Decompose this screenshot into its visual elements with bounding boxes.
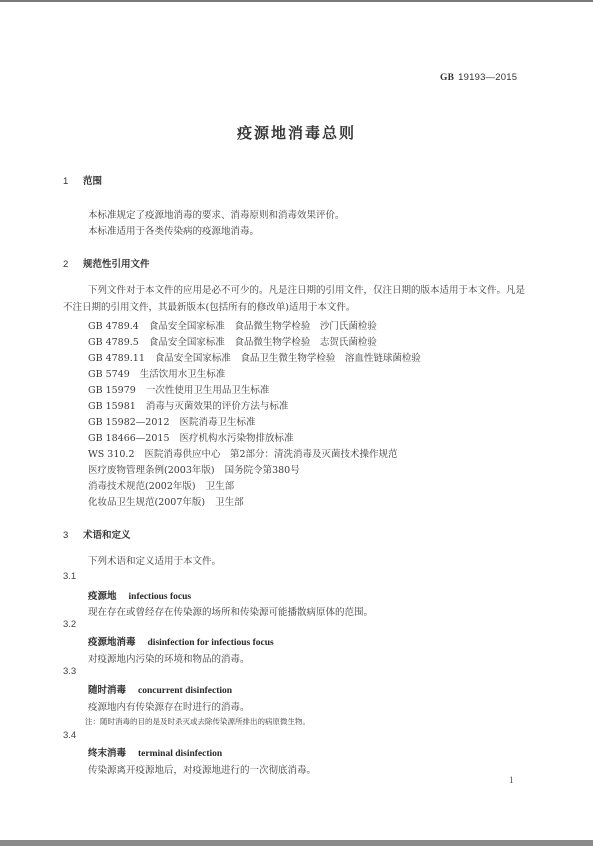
reference-item: GB 18466—2015医疗机构水污染物排放标准 [88, 430, 294, 444]
term-number: 3.3 [63, 666, 76, 677]
section-number: 1 [63, 176, 83, 187]
section-title: 术语和定义 [83, 530, 131, 541]
section-title: 范围 [83, 176, 102, 187]
term-zh: 终末消毒 [88, 748, 126, 759]
reference-code: WS 310.2 [88, 449, 135, 460]
standard-number: 19193—2015 [458, 72, 517, 83]
section-1-heading: 1范围 [63, 173, 102, 187]
reference-item: 医疗废物管理条例(2003年版)国务院令第380号 [88, 462, 300, 476]
reference-title: 医疗机构水污染物排放标准 [180, 433, 294, 444]
term-definition: 对疫源地内污染的环境和物品的消毒。 [88, 651, 250, 665]
scan-top-border [0, 0, 593, 2]
document-title: 疫源地消毒总则 [0, 122, 593, 143]
reference-code: 医疗废物管理条例(2003年版) [88, 462, 215, 476]
reference-code: 化妆品卫生规范(2007年版) [88, 494, 205, 508]
term-zh: 疫源地 [88, 591, 117, 602]
reference-item: GB 15979一次性使用卫生用品卫生标准 [88, 382, 269, 396]
term-heading: 终末消毒terminal disinfection [88, 745, 222, 759]
term-heading: 随时消毒concurrent disinfection [88, 682, 232, 696]
reference-title: 食品安全国家标准 食品卫生微生物学检验 溶血性链球菌检验 [155, 353, 421, 364]
term-definition: 疫源地内有传染源存在时进行的消毒。 [88, 699, 250, 713]
reference-title: 医院消毒供应中心 第2部分：清洗消毒及灭菌技术操作规范 [145, 449, 398, 460]
reference-title: 医院消毒卫生标准 [180, 417, 256, 428]
standard-prefix: GB [440, 73, 454, 83]
term-en: disinfection for infectious focus [148, 638, 274, 648]
term-number: 3.2 [63, 619, 76, 630]
reference-title: 生活饮用水卫生标准 [140, 369, 226, 380]
term-note: 注：随时消毒的目的是及时杀灭或去除传染源所排出的病原微生物。 [85, 716, 310, 727]
reference-item: GB 15982—2012医院消毒卫生标准 [88, 414, 256, 428]
section-2-intro: 下列文件对于本文件的应用是必不可少的。凡是注日期的引用文件，仅注日期的版本适用于… [63, 282, 533, 316]
term-en: terminal disinfection [138, 749, 222, 759]
reference-item: GB 15981消毒与灭菌效果的评价方法与标准 [88, 398, 288, 412]
term-number: 3.4 [63, 730, 76, 741]
term-zh: 随时消毒 [88, 685, 126, 696]
reference-code: GB 4789.5 [88, 337, 139, 348]
reference-item: GB 4789.5食品安全国家标准 食品微生物学检验 志贺氏菌检验 [88, 334, 377, 348]
reference-title: 一次性使用卫生用品卫生标准 [146, 385, 270, 396]
section-3-intro: 下列术语和定义适用于本文件。 [88, 553, 221, 567]
reference-item: GB 5749生活饮用水卫生标准 [88, 366, 225, 380]
section-number: 3 [63, 530, 83, 541]
reference-title: 消毒与灭菌效果的评价方法与标准 [146, 401, 289, 412]
reference-item: GB 4789.11食品安全国家标准 食品卫生微生物学检验 溶血性链球菌检验 [88, 350, 421, 364]
scan-bottom-border [0, 840, 593, 846]
reference-title: 食品安全国家标准 食品微生物学检验 志贺氏菌检验 [149, 337, 377, 348]
page-number: 1 [509, 775, 514, 785]
section-2-heading: 2规范性引用文件 [63, 256, 150, 270]
term-en: infectious focus [129, 592, 192, 602]
reference-item: GB 4789.4食品安全国家标准 食品微生物学检验 沙门氏菌检验 [88, 318, 377, 332]
reference-code: GB 15979 [88, 385, 136, 396]
reference-title: 食品安全国家标准 食品微生物学检验 沙门氏菌检验 [149, 321, 377, 332]
reference-title: 国务院令第380号 [225, 465, 300, 476]
reference-code: GB 15982—2012 [88, 417, 170, 428]
reference-code: GB 4789.4 [88, 321, 139, 332]
standard-code: GB19193—2015 [440, 72, 517, 83]
term-number: 3.1 [63, 571, 76, 582]
reference-code: GB 5749 [88, 369, 130, 380]
reference-code: GB 15981 [88, 401, 136, 412]
reference-code: GB 4789.11 [88, 353, 145, 364]
term-en: concurrent disinfection [138, 686, 232, 696]
term-definition: 现在存在或曾经存在传染源的场所和传染源可能播散病原体的范围。 [88, 604, 373, 618]
section-3-heading: 3术语和定义 [63, 527, 131, 541]
reference-code: 消毒技术规范(2002年版) [88, 478, 196, 492]
term-heading: 疫源地infectious focus [88, 588, 191, 602]
section-number: 2 [63, 259, 83, 270]
term-zh: 疫源地消毒 [88, 637, 136, 648]
reference-item: WS 310.2医院消毒供应中心 第2部分：清洗消毒及灭菌技术操作规范 [88, 446, 398, 460]
reference-item: 化妆品卫生规范(2007年版)卫生部 [88, 494, 244, 508]
reference-title: 卫生部 [206, 481, 235, 492]
section-title: 规范性引用文件 [83, 259, 150, 270]
section-1-paragraph: 本标准适用于各类传染病的疫源地消毒。 [88, 223, 259, 237]
reference-title: 卫生部 [215, 497, 244, 508]
term-definition: 传染源离开疫源地后，对疫源地进行的一次彻底消毒。 [88, 762, 316, 776]
term-heading: 疫源地消毒disinfection for infectious focus [88, 634, 274, 648]
section-1-paragraph: 本标准规定了疫源地消毒的要求、消毒原则和消毒效果评价。 [88, 207, 345, 221]
reference-item: 消毒技术规范(2002年版)卫生部 [88, 478, 234, 492]
reference-code: GB 18466—2015 [88, 433, 170, 444]
